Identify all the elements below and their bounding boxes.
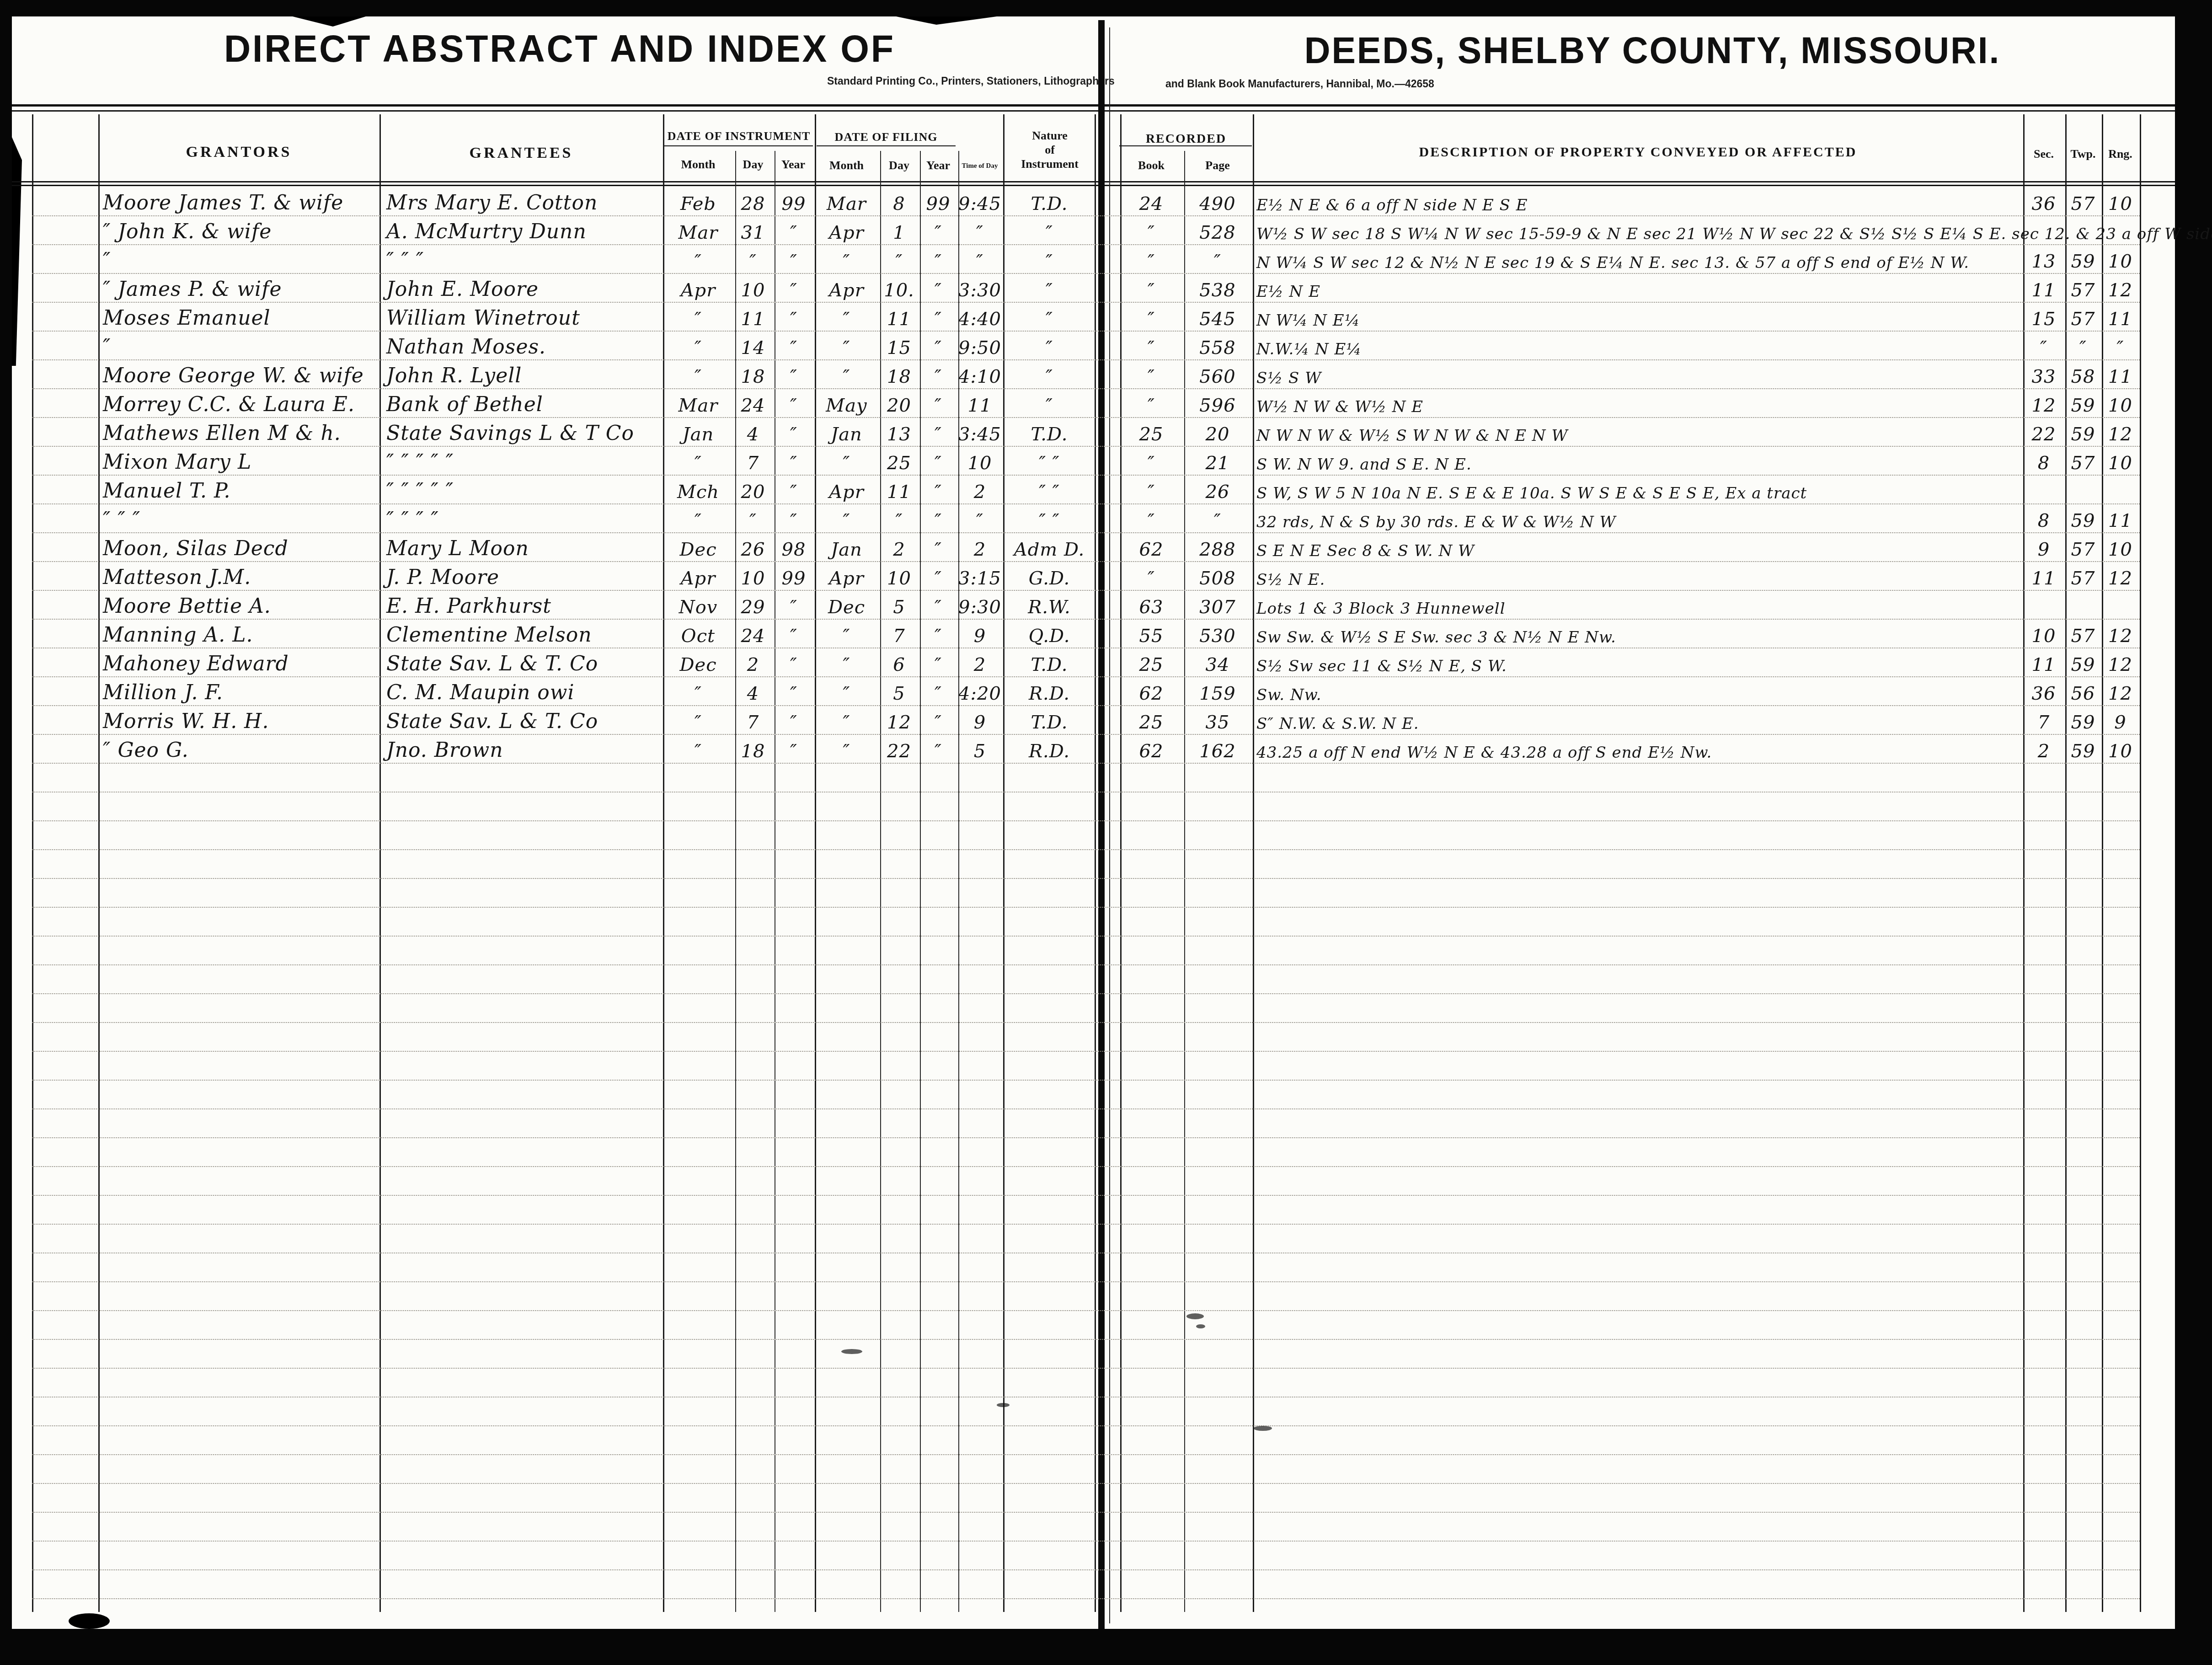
row-rule-line [32,1166,2140,1167]
row-rule-line [32,648,2140,648]
row-rule-line [32,1512,2140,1513]
row-rule-line [32,792,2140,792]
row-rule-line [32,273,2140,274]
row-rule-line [32,446,2140,447]
row-rule-line [32,964,2140,965]
row-rule-line [32,705,2140,706]
row-rule-line [32,1541,2140,1542]
row-rule-line [32,302,2140,303]
row-rule-line [32,532,2140,533]
row-rule-line [32,1195,2140,1196]
row-rule-line [32,1051,2140,1052]
row-rule-line [32,1137,2140,1138]
row-rule-line [32,763,2140,764]
row-rule-line [32,1425,2140,1426]
row-rule-line [32,417,2140,418]
row-rule-line [32,1080,2140,1081]
row-rule-line [32,475,2140,476]
row-rule-line [32,1598,2140,1599]
ink-smudge [1186,1313,1204,1319]
ink-smudge [841,1349,862,1354]
row-ruling [0,0,2212,1665]
row-rule-line [32,676,2140,677]
row-rule-line [32,878,2140,879]
row-rule-line [32,1368,2140,1369]
row-rule-line [32,1310,2140,1311]
row-rule-line [32,1253,2140,1253]
row-rule-line [32,849,2140,850]
row-rule-line [32,359,2140,360]
row-rule-line [32,1022,2140,1023]
row-rule-line [32,215,2140,216]
row-rule-line [32,331,2140,332]
ink-smudge [1196,1324,1205,1328]
row-rule-line [32,820,2140,821]
row-rule-line [32,1454,2140,1455]
ink-blot-corner [69,1613,110,1629]
row-rule-line [32,590,2140,591]
row-rule-line [32,619,2140,620]
row-rule-line [32,993,2140,994]
row-rule-line [32,1108,2140,1109]
row-rule-line [32,1281,2140,1282]
row-rule-line [32,734,2140,735]
row-rule-line [32,907,2140,908]
row-rule-line [32,503,2140,504]
row-rule-line [32,1397,2140,1397]
row-rule-line [32,388,2140,389]
ink-smudge [1254,1426,1272,1431]
row-rule-line [32,1339,2140,1340]
scanned-ledger-spread: DIRECT ABSTRACT AND INDEX OF DEEDS, SHEL… [0,0,2212,1665]
row-rule-line [32,936,2140,937]
row-rule-line [32,1569,2140,1570]
row-rule-line [32,1483,2140,1484]
row-rule-line [32,561,2140,562]
ink-smudge [997,1403,1010,1407]
row-rule-line [32,244,2140,245]
row-rule-line [32,1224,2140,1225]
